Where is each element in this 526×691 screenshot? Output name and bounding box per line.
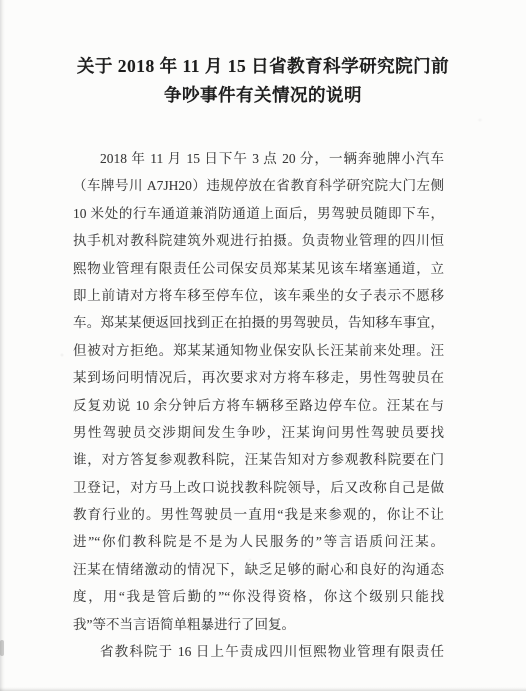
body-line: （车牌号川 A7JH20）违规停放在省教育科学研究院大门左侧 — [73, 172, 444, 199]
body-line: 熙物业管理有限责任公司保安员郑某某见该车堵塞通道，立 — [73, 255, 444, 282]
body-line: 男性驾驶员交涉期间发生争吵，汪某询问男性驾驶员要找 — [73, 419, 444, 446]
body-line: 教育行业的。男性驾驶员一直用“我是来参观的，你让不让 — [73, 501, 444, 528]
scan-bottom-edge-artifact — [0, 687, 526, 691]
document-title-line-2: 争吵事件有关情况的说明 — [0, 81, 526, 110]
document-body: 2018 年 11 月 15 日下午 3 点 20 分，一辆奔驰牌小汽车（车牌号… — [73, 145, 444, 665]
body-line: 进”“你们教科院是不是为人民服务的”等言语质问汪某。 — [73, 528, 444, 555]
body-line: 即上前请对方将车移至停车位，该车乘坐的女子表示不愿移 — [73, 282, 444, 309]
body-line: 卫登记，对方马上改口说找教科院领导，后又改称自己是做 — [73, 474, 444, 501]
body-line: 谁，对方答复参观教科院，汪某告知对方参观教科院要在门 — [73, 446, 444, 473]
body-line: 省教科院于 16 日上午责成四川恒熙物业管理有限责任 — [73, 638, 444, 665]
body-line: 度，用“我是管后勤的”“你没得资格，你这个级别只能找 — [73, 583, 444, 610]
body-line: 车。郑某某便返回找到正在拍摄的男驾驶员，告知移车事宜， — [73, 309, 444, 336]
body-line: 我”等不当言语简单粗暴进行了回复。 — [73, 611, 444, 638]
body-line: 10 米处的行车通道兼消防通道上面后，男驾驶员随即下车， — [73, 200, 444, 227]
scanned-document-page: 关于 2018 年 11 月 15 日省教育科学研究院门前 争吵事件有关情况的说… — [0, 0, 526, 691]
body-line: 但被对方拒绝。郑某某通知物业保安队长汪某前来处理。汪 — [73, 337, 444, 364]
scan-smudge-artifact — [0, 640, 4, 656]
body-line: 汪某在情绪激动的情况下，缺乏足够的耐心和良好的沟通态 — [73, 556, 444, 583]
body-line: 某到场问明情况后，再次要求对方将车移走，男性驾驶员在 — [73, 364, 444, 391]
body-line: 2018 年 11 月 15 日下午 3 点 20 分，一辆奔驰牌小汽车 — [73, 145, 444, 172]
body-line: 执手机对教科院建筑外观进行拍摄。负责物业管理的四川恒 — [73, 227, 444, 254]
document-title: 关于 2018 年 11 月 15 日省教育科学研究院门前 争吵事件有关情况的说… — [0, 52, 526, 110]
body-line: 反复劝说 10 余分钟后方将车辆移至路边停车位。汪某在与 — [73, 392, 444, 419]
document-title-line-1: 关于 2018 年 11 月 15 日省教育科学研究院门前 — [0, 52, 526, 81]
